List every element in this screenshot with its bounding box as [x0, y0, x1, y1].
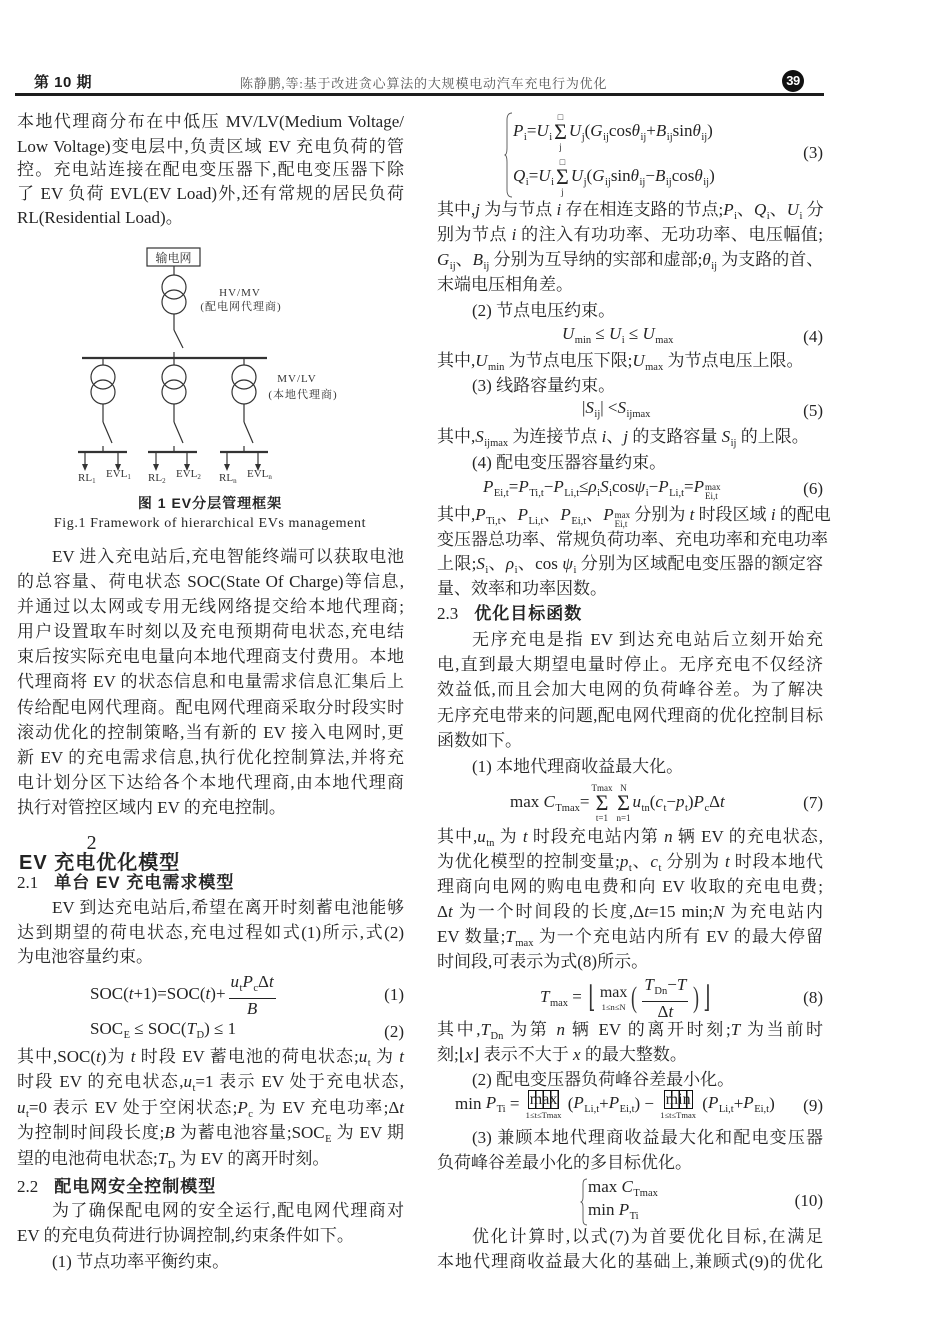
variable-base: P: [743, 1093, 753, 1112]
text-run: 为与节点: [480, 200, 557, 219]
sigma-symbol: Σ: [554, 122, 567, 142]
section-heading-2-3: 2.3优化目标函数: [437, 601, 582, 627]
variable-base: B: [164, 1123, 174, 1142]
variable-base: c: [655, 792, 663, 811]
variable-base: B: [473, 250, 483, 269]
text-run: ): [709, 166, 715, 185]
equation-body: Pi=Ui□ΣjUj(Gijcosθij+Bijsinθij): [513, 112, 713, 152]
residential-load-label-n: RLn: [219, 472, 237, 485]
variable-base: u: [633, 792, 642, 811]
equation-body: min PTi: [588, 1198, 639, 1229]
variable-base: c: [650, 852, 658, 871]
equation-body: SOCE ≤ SOC(TD) ≤ 1: [90, 1017, 236, 1048]
text-run: 、: [770, 200, 787, 219]
issue-number: 第 10 期: [34, 71, 92, 92]
math-variable: Si: [600, 477, 612, 496]
subscript: Ti,t: [529, 488, 544, 499]
equation-5: |Sij| <Sijmax: [582, 397, 650, 425]
math-variable: Ui: [609, 324, 625, 343]
variable-base: t: [399, 1098, 404, 1117]
subscript: Ei,t: [754, 1104, 769, 1115]
subscript: Dn: [654, 986, 667, 997]
paragraph-line: 达到期望的荷电状态,充电过程如式(1)所示,式(2): [17, 921, 404, 945]
math-variable: ρi: [588, 477, 600, 496]
text-run: 分: [802, 200, 823, 219]
section-heading-2: 2EV 充电优化模型: [19, 833, 180, 859]
math-variable: t: [269, 972, 274, 991]
math-variable: Gij: [590, 121, 609, 140]
paragraph-line: 量、效率和功率因数。: [437, 577, 823, 601]
text-run: +1)=SOC(: [133, 984, 205, 1003]
math-variable: ut: [231, 972, 243, 991]
equation-body: Umin ≤ Ui ≤ Umax: [562, 322, 673, 353]
section-title: 优化目标函数: [474, 604, 582, 623]
text-run: 为一个充电站内所有 EV 的最大停留: [533, 927, 823, 946]
math-variable: ct: [655, 792, 666, 811]
equation-number: (4): [779, 325, 823, 349]
text-run: 为第: [503, 1020, 556, 1039]
math-variable: CTmax: [544, 792, 580, 811]
text-run: 分别为: [661, 852, 725, 871]
text-run: 别为节点: [437, 225, 512, 244]
subscript: max: [645, 362, 663, 373]
variable-base: P: [708, 1093, 718, 1112]
text-run: 时段 EV 蓄电池的荷电状态;: [136, 1047, 359, 1066]
operator-range: 1≤t≤Tmax: [660, 1110, 696, 1120]
math-variable: θij: [692, 121, 707, 140]
equation-number: (2): [360, 1020, 404, 1044]
text-run: 、: [488, 554, 506, 573]
summation-operator: □Σj: [556, 157, 569, 197]
variable-base: U: [475, 351, 487, 370]
variable-base: θ: [632, 121, 640, 140]
math-variable: Bij: [473, 250, 490, 269]
math-variable: pt: [620, 852, 632, 871]
paragraph-line: 本地代理商收益最大化的基础上,兼顾式(9)的优化: [437, 1250, 823, 1274]
summation-operator: □Σj: [554, 112, 567, 152]
text-run: 时段区域: [694, 505, 771, 524]
variable-base: P: [603, 505, 613, 524]
variable-base: B: [656, 121, 666, 140]
variable-base: t: [269, 972, 274, 991]
variable-base: P: [609, 1093, 619, 1112]
text-run: 为: [371, 1047, 400, 1066]
text-run: 、cos: [518, 554, 563, 573]
section-number: 2: [87, 833, 97, 853]
equation-body: PEi,t=PTi,t−PLi,t≤ρiSicosψi−PLi,t=PmaxEi…: [483, 475, 720, 506]
variable-base: θ: [631, 166, 639, 185]
text-run: cos: [609, 121, 632, 140]
text-run: 的上限。: [736, 427, 808, 446]
subscript: Ei,t: [620, 1104, 635, 1115]
math-variable: TD: [187, 1019, 205, 1038]
equation-body: SOC(t+1)=SOC(t)+utPcΔtB: [90, 972, 279, 1018]
section-number: 2.3: [437, 604, 458, 623]
variable-base: U: [536, 121, 548, 140]
left-brace-icon: [504, 112, 513, 198]
variable-base: u: [184, 1072, 193, 1091]
text-run: (: [563, 1093, 573, 1112]
text-run: 、: [501, 505, 518, 524]
subscript: max: [515, 938, 533, 949]
variable-base: T: [731, 1020, 740, 1039]
variable-base: u: [477, 827, 486, 846]
text-run: 时段 EV 的充电状态,: [17, 1072, 184, 1091]
variable-base: U: [562, 324, 574, 343]
math-variable: Bij: [655, 166, 672, 185]
math-variable: ut: [17, 1098, 29, 1117]
math-variable: Gij: [592, 166, 611, 185]
variable-base: T: [187, 1019, 196, 1038]
math-variable: ct: [650, 852, 661, 871]
text-run: sin: [673, 121, 693, 140]
variable-base: P: [560, 505, 570, 524]
text-run: 、: [606, 427, 623, 446]
text-run: 其中,SOC(: [17, 1047, 96, 1066]
limit-operator: max1≤t≤Tmax: [526, 1090, 562, 1120]
math-variable: Gij: [437, 250, 456, 269]
operator-name: max: [600, 984, 628, 1001]
variable-base: P: [483, 477, 493, 496]
subscript: min: [488, 362, 504, 373]
paragraph-line: 时间段,可表示为式(8)所示。: [437, 950, 823, 974]
hv-mv-transformer: [162, 266, 186, 358]
left-brace-icon: [580, 1178, 588, 1226]
variable-base: T: [540, 987, 549, 1006]
equation-6: PEi,t=PTi,t−PLi,t≤ρiSicosψi−PLi,t=PmaxEi…: [483, 475, 720, 505]
math-variable: Umin: [475, 351, 504, 370]
text-run: =: [580, 792, 590, 811]
math-variable: B: [247, 999, 257, 1018]
variable-base: x: [465, 1045, 473, 1064]
mv-lv-transformer-n: [232, 358, 256, 452]
math-variable: θij: [702, 250, 717, 269]
math-variable: SOCE: [292, 1123, 332, 1142]
variable-base: u: [231, 972, 240, 991]
variable-base: θ: [692, 121, 700, 140]
fraction-numerator: TDn−T: [642, 975, 688, 1001]
paragraph-line: 为优化模型的控制变量;pt、ct 分别为 t 时段本地代: [437, 850, 823, 874]
header-rule: [15, 93, 824, 96]
paragraph-line: 时段 EV 的充电状态,ut=1 表示 EV 处于充电状态,: [17, 1070, 404, 1094]
variable-base: ρ: [588, 477, 596, 496]
variable-base: U: [569, 121, 581, 140]
text-run: 为 EV 充电功率;Δ: [253, 1098, 399, 1117]
variable-base: C: [622, 1177, 633, 1196]
text-run: )+: [210, 984, 225, 1003]
subscript: Tmax: [555, 803, 580, 814]
scripts: maxEi,t: [705, 483, 721, 501]
text-run: =: [568, 987, 586, 1006]
text-run: 为: [494, 827, 523, 846]
text-run: | <: [600, 398, 617, 417]
variable-base: S: [722, 427, 731, 446]
text-run: 末端电压相角差。: [437, 275, 573, 294]
text-run: 上限;: [437, 554, 476, 573]
text-run: min: [588, 1200, 619, 1219]
variable-base: P: [694, 477, 704, 496]
ev-load-label-2: EVL2: [176, 468, 201, 481]
variable-base: G: [590, 121, 602, 140]
math-variable: Pi: [513, 121, 527, 140]
paragraph-line: 的总容量、荷电状态 SOC(State Of Charge)等信息,: [17, 570, 404, 594]
paragraph-line: Δt 为一个时间段的长度,Δt=15 min;N 为充电站内: [437, 900, 823, 924]
load-labels: RL1 EVL1 RL2 EVL2 RLn EVLn: [78, 468, 272, 485]
math-variable: x: [573, 1045, 581, 1064]
math-variable: TD: [158, 1149, 176, 1168]
paragraph-line: RL(Residential Load)。: [17, 206, 404, 230]
subscript: ijmax: [627, 409, 651, 420]
variable-base: P: [723, 200, 733, 219]
variable-base: S: [618, 398, 627, 417]
text-run: 量、效率和功率因数。: [437, 579, 607, 598]
paragraph-line: 变压器总功率、常规负荷功率、充电功率和充电功率: [437, 528, 823, 552]
lower-limit: j: [559, 142, 562, 152]
math-variable: PTi: [619, 1200, 639, 1219]
math-variable: Pc: [237, 1098, 253, 1117]
paragraph-line: 函数如下。: [437, 729, 823, 753]
text-run: 为控制时间段长度;: [17, 1123, 164, 1142]
variable-base: U: [609, 324, 621, 343]
math-variable: PLi,t: [573, 1093, 599, 1112]
delimiter: ⌋: [704, 986, 711, 1010]
paragraph-line: 望的电池荷电状态;TD 为 EV 的离开时刻。: [17, 1147, 404, 1171]
subscript: tn: [642, 803, 650, 814]
paragraph-line: 为控制时间段长度;B 为蓄电池容量;SOCE 为 EV 期: [17, 1121, 404, 1145]
variable-base: T: [677, 975, 686, 994]
equation-body: |Sij| <Sijmax: [582, 396, 650, 427]
math-variable: N: [713, 902, 724, 921]
variable-base: t: [399, 1047, 404, 1066]
hierarchical-ev-framework-diagram: 输电网 HV/MV (配电网代理商) MV/LV (本地代理商): [50, 240, 380, 490]
variable-base: U: [538, 166, 550, 185]
section-heading-2-1: 2.1单台 EV 充电需求模型: [17, 870, 234, 896]
text-run: Δ: [709, 792, 720, 811]
text-run: max: [510, 792, 544, 811]
math-variable: Pc: [242, 972, 258, 991]
math-variable: PmaxEi,t: [603, 505, 630, 524]
subscript: Dn: [491, 1031, 504, 1042]
equation-body: Qi=Ui□ΣjUj(Gijsinθij−Bijcosθij): [513, 157, 715, 197]
operator-name: min: [664, 1090, 693, 1109]
equation-3-row-1: Pi=Ui□ΣjUj(Gijcosθij+Bijsinθij): [513, 113, 713, 151]
subscript: max: [655, 335, 673, 346]
text-run: max: [588, 1177, 622, 1196]
text-run: 辆 EV 的充电状态,: [673, 827, 823, 846]
subscript: Li,t: [669, 488, 684, 499]
text-run: −: [666, 792, 676, 811]
variable-base: B: [247, 999, 257, 1018]
text-run: sin: [611, 166, 631, 185]
variable-base: t: [720, 792, 725, 811]
residential-load-label-2: RL2: [148, 472, 166, 485]
transmission-grid-label: 输电网: [155, 250, 191, 265]
paragraph-line: 新 EV 的充电需求信息,执行优化控制算法,并将充: [17, 746, 404, 770]
variable-base: P: [553, 477, 563, 496]
text-run: 其中,: [437, 351, 475, 370]
math-variable: utn: [477, 827, 494, 846]
math-variable: PEi,t: [743, 1093, 769, 1112]
variable-base: U: [643, 324, 655, 343]
lower-limit: j: [561, 187, 564, 197]
text-run: ): [769, 1093, 775, 1112]
variable-base: θ: [702, 250, 710, 269]
math-variable: TDn: [644, 975, 667, 994]
paragraph-line: 别为节点 i 的注入有功功率、无功功率、电压幅值;: [437, 223, 823, 247]
text-run: cos: [672, 166, 695, 185]
variable-base: P: [242, 972, 252, 991]
text-run: 为 EV 的离开时刻。: [175, 1149, 329, 1168]
math-variable: PTi,t: [518, 477, 543, 496]
text-run: )为: [101, 1047, 131, 1066]
text-run: =: [506, 1093, 524, 1112]
list-item: (3) 线路容量约束。: [437, 374, 823, 398]
text-run: 的最大整数。: [581, 1045, 687, 1064]
text-run: 为节点电压上限。: [663, 351, 803, 370]
paragraph-line: 束后按实际充电电量向本地代理商支付费用。本地: [17, 645, 404, 669]
variable-base: S: [585, 398, 594, 417]
math-variable: n: [556, 1020, 565, 1039]
text-run: 、: [456, 250, 473, 269]
delimiter: ⌊: [588, 986, 595, 1010]
math-variable: Sij: [585, 398, 600, 417]
math-variable: Pc: [694, 792, 710, 811]
paragraph-line: 其中,utn 为 t 时段充电站内第 n 辆 EV 的充电状态,: [437, 825, 823, 849]
text-run: 为 EV 期: [332, 1123, 404, 1142]
text-run: 为节点电压下限;: [504, 351, 632, 370]
mv-lv-transformer-2: [162, 358, 186, 452]
math-variable: PLi,t: [658, 477, 684, 496]
text-run: EV 数量;: [437, 927, 505, 946]
text-run: −: [645, 166, 655, 185]
text-run: 、: [737, 200, 754, 219]
math-variable: Tmax: [505, 927, 533, 946]
text-run: 为充电站内: [724, 902, 823, 921]
math-variable: TDn: [481, 1020, 504, 1039]
section-number: 2.2: [17, 1177, 38, 1196]
ev-load-label-n: EVLn: [247, 468, 272, 481]
hv-mv-role-label: (配电网代理商): [200, 299, 281, 313]
residential-load-label-1: RL1: [78, 472, 96, 485]
variable-base: p: [676, 792, 685, 811]
variable-base: T: [158, 1149, 167, 1168]
text-run: 、: [632, 852, 651, 871]
math-variable: ψi: [635, 477, 649, 496]
subscript: Ei,t: [571, 516, 586, 527]
paragraph-line: 传给配电网代理商。配电网代理商采取分时段实时: [17, 696, 404, 720]
figure-caption-chinese: 图 1 EV分层管理框架: [60, 493, 360, 513]
list-item: (2) 节点电压约束。: [437, 299, 823, 323]
variable-base: U: [632, 351, 644, 370]
paragraph-line: Gij、Bij 分别为互导纳的实部和虚部;θij 为支路的首、: [437, 248, 823, 272]
hv-mv-label: HV/MV: [219, 287, 261, 299]
paragraph-line: 末端电压相角差。: [437, 273, 823, 297]
variable-base: u: [359, 1047, 368, 1066]
variable-base: P: [573, 1093, 583, 1112]
math-variable: Uj: [571, 166, 587, 185]
text-run: =0 表示 EV 处于空闲状态;: [29, 1098, 237, 1117]
text-run: (: [698, 1093, 708, 1112]
variable-base: P: [513, 121, 523, 140]
subscript: Ei,t: [494, 488, 509, 499]
math-variable: PTi,t: [475, 505, 500, 524]
equation-number: (5): [779, 399, 823, 423]
paragraph-line: 无序充电带来的问题,配电网代理商的优化控制目标: [437, 704, 823, 728]
text-run: 的注入有功功率、无功功率、电压幅值;: [516, 225, 823, 244]
variable-base: U: [787, 200, 799, 219]
math-variable: Sijmax: [618, 398, 651, 417]
paragraph-line: Low Voltage)变电层中,负责区域 EV 充电负荷的管: [17, 135, 404, 159]
variable-base: T: [644, 975, 653, 994]
text-run: 刻;⌊: [437, 1045, 465, 1064]
variable-base: B: [655, 166, 665, 185]
variable-base: x: [573, 1045, 581, 1064]
math-variable: B: [164, 1123, 174, 1142]
operator-name: max: [528, 1090, 560, 1109]
math-variable: Umax: [632, 351, 663, 370]
text-run: =: [529, 166, 539, 185]
math-variable: ρi: [506, 554, 518, 573]
math-variable: Si: [476, 554, 488, 573]
fraction: TDn−TΔt: [642, 975, 688, 1021]
text-run: Δ: [258, 972, 269, 991]
math-variable: Sij: [722, 427, 737, 446]
paragraph-line: 其中,TDn 为第 n 辆 EV 的离开时刻;T 为当前时: [437, 1018, 823, 1042]
subscript: Li,t: [584, 1104, 599, 1115]
summation-operator: TmaxΣt=1: [591, 783, 612, 823]
math-variable: θij: [694, 166, 709, 185]
text-run: min: [455, 1093, 486, 1112]
variable-base: P: [486, 1093, 496, 1112]
variable-base: P: [475, 505, 485, 524]
paragraph-line: 滚动优化的控制策略,当有新的 EV 接入电网时,更: [17, 721, 404, 745]
paragraph-line: 优化计算时,以式(7)为首要优化目标,在满足: [437, 1225, 823, 1249]
scripts: maxEi,t: [615, 511, 631, 529]
text-run: Δ: [437, 902, 448, 921]
text-run: 、: [543, 505, 560, 524]
math-variable: T: [731, 1020, 740, 1039]
math-variable: Ui: [538, 166, 554, 185]
variable-base: P: [619, 1200, 629, 1219]
math-variable: Tmax: [540, 987, 568, 1006]
text-run: 其中,: [437, 427, 475, 446]
subscript: Ei,t: [705, 492, 721, 501]
paragraph-line: ut=0 表示 EV 处于空闲状态;Pc 为 EV 充电功率;Δt: [17, 1096, 404, 1120]
section-title: 单台 EV 充电需求模型: [54, 873, 234, 892]
text-run: ≤ SOC(: [130, 1019, 187, 1038]
variable-base: θ: [694, 166, 702, 185]
mv-lv-role-label: (本地代理商): [268, 387, 337, 401]
math-variable: Qi: [513, 166, 529, 185]
limit-operator: max1≤n≤N: [600, 984, 628, 1012]
variable-base: n: [556, 1020, 565, 1039]
section-title: 配电网安全控制模型: [54, 1177, 216, 1196]
variable-base: C: [544, 792, 555, 811]
lower-limit: n=1: [616, 813, 630, 823]
text-run: 为连接节点: [508, 427, 602, 446]
variable-base: n: [664, 827, 673, 846]
variable-base: ψ: [562, 554, 573, 573]
mv-lv-transformer-1: [91, 358, 115, 452]
variable-base: SOC: [292, 1123, 325, 1142]
paragraph-line: 理商向电网的购电电费和向 EV 收取的充电电费;: [437, 875, 823, 899]
paragraph-line: 为了确保配电网的安全运行,配电网代理商对: [17, 1199, 404, 1223]
paragraph-line: 刻;⌊x⌋ 表示不大于 x 的最大整数。: [437, 1043, 823, 1067]
paragraph-line: 效益低,而且会加大电网的负荷峰谷差。为了解决: [437, 678, 823, 702]
variable-base: P: [237, 1098, 247, 1117]
text-run: −: [649, 477, 659, 496]
text-run: 其中,: [437, 827, 477, 846]
